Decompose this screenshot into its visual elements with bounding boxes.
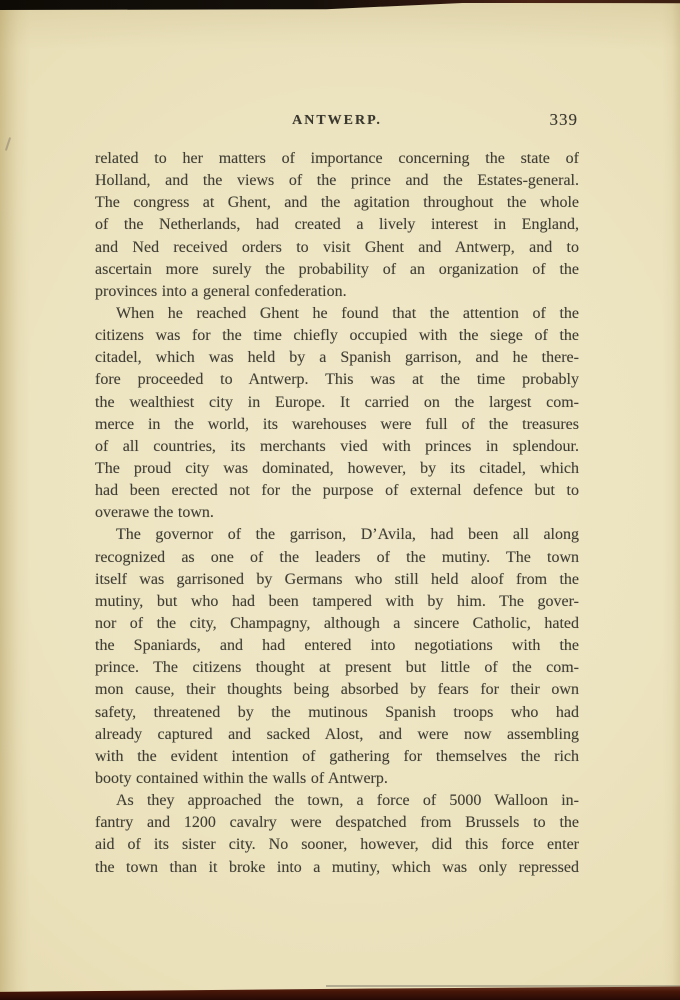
text-line: of the Netherlands, had created a lively…	[95, 214, 579, 236]
text-line: had been erected not for the purpose of …	[95, 480, 579, 502]
text-line: fantry and 1200 cavalry were despatched …	[95, 812, 579, 834]
bottom-board-edge	[0, 986, 680, 1000]
text-line: recognized as one of the leaders of the …	[95, 547, 579, 569]
text-line: the Spaniards, and had entered into nego…	[95, 635, 579, 657]
text-line: prince. The citizens thought at present …	[95, 657, 579, 679]
text-line: the town than it broke into a mutiny, wh…	[95, 857, 579, 879]
text-line: related to her matters of importance con…	[95, 148, 579, 170]
running-head: ANTWERP.	[95, 113, 579, 129]
text-line: overawe the town.	[95, 502, 579, 524]
paragraph: The governor of the garrison, D’Avila, h…	[95, 524, 579, 790]
text-line: mon cause, their thoughts being absorbed…	[95, 679, 579, 701]
top-board-edge	[0, 0, 680, 10]
text-line: citadel, which was held by a Spanish gar…	[95, 347, 579, 369]
paragraph: As they approached the town, a force of …	[95, 790, 579, 879]
text-line: citizens was for the time chiefly occupi…	[95, 325, 579, 347]
text-line: itself was garrisoned by Germans who sti…	[95, 569, 579, 591]
page-header: ANTWERP. 339	[95, 113, 579, 133]
text-line: already captured and sacked Alost, and w…	[95, 724, 579, 746]
paragraph: When he reached Ghent he found that the …	[95, 303, 579, 524]
book-page-scan: ANTWERP. 339 related to her matters of i…	[0, 0, 680, 1000]
text-line: merce in the world, its warehouses were …	[95, 414, 579, 436]
text-line: safety, threatened by the mutinous Spani…	[95, 702, 579, 724]
text-line: of all countries, its merchants vied wit…	[95, 436, 579, 458]
text-line: mutiny, but who had been tampered with b…	[95, 591, 579, 613]
body-text: related to her matters of importance con…	[95, 148, 579, 879]
text-line: ascertain more surely the probability of…	[95, 259, 579, 281]
text-line: fore proceeded to Antwerp. This was at t…	[95, 369, 579, 391]
text-line: aid of its sister city. No sooner, howev…	[95, 834, 579, 856]
text-line: provinces into a general confederation.	[95, 281, 579, 303]
margin-smudge	[5, 137, 11, 151]
text-line: and Ned received orders to visit Ghent a…	[95, 237, 579, 259]
text-line: nor of the city, Champagny, although a s…	[95, 613, 579, 635]
bottom-hairline	[326, 985, 680, 987]
page-content: ANTWERP. 339 related to her matters of i…	[95, 113, 579, 879]
page-number: 339	[550, 110, 579, 130]
text-line: booty contained within the walls of Antw…	[95, 768, 579, 790]
text-line: the wealthiest city in Europe. It carrie…	[95, 392, 579, 414]
text-line: When he reached Ghent he found that the …	[95, 303, 579, 325]
paragraph: related to her matters of importance con…	[95, 148, 579, 303]
text-line: with the evident intention of gathering …	[95, 746, 579, 768]
text-line: Holland, and the views of the prince and…	[95, 170, 579, 192]
text-line: As they approached the town, a force of …	[95, 790, 579, 812]
text-line: The governor of the garrison, D’Avila, h…	[95, 524, 579, 546]
text-line: The congress at Ghent, and the agitation…	[95, 192, 579, 214]
text-line: The proud city was dominated, however, b…	[95, 458, 579, 480]
